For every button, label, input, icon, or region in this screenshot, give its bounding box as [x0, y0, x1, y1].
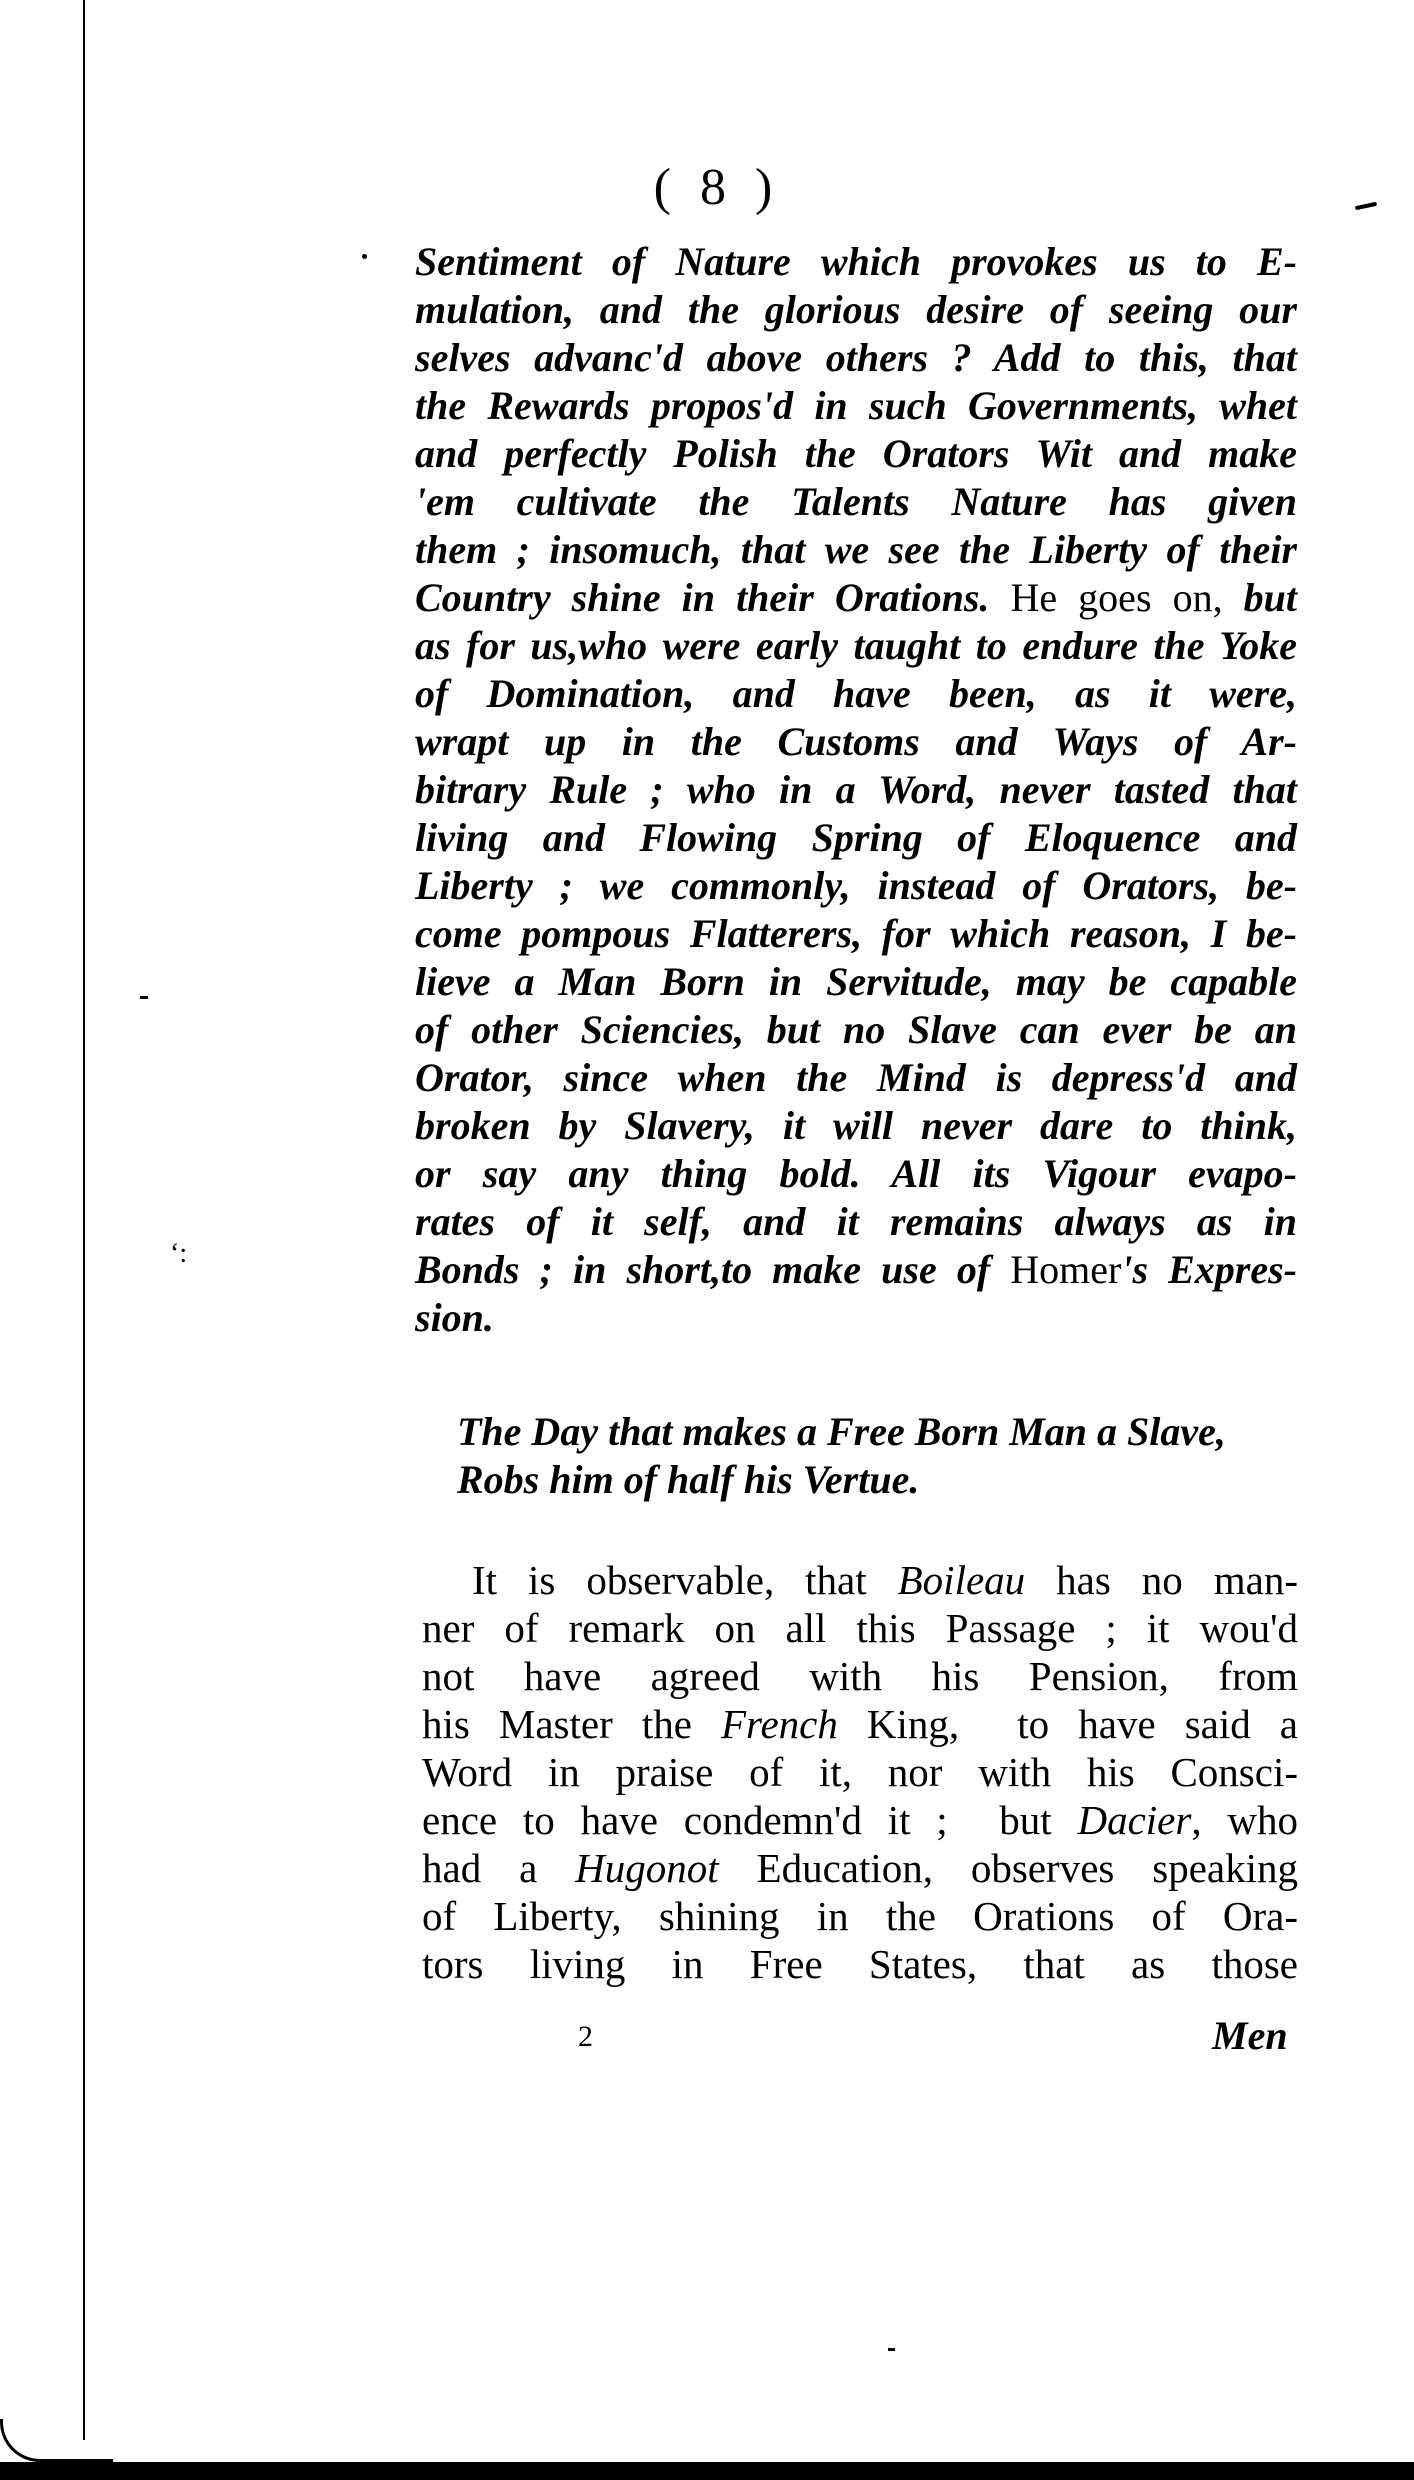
text-line: Sentiment of Nature which provokes us to… — [415, 238, 1297, 286]
text-line: wrapt up in the Customs and Ways of Ar- — [415, 718, 1297, 766]
text-line: ence to have condemn'd it ; but Dacier, … — [422, 1796, 1298, 1844]
text-line: 'em cultivate the Talents Nature has giv… — [415, 478, 1297, 526]
scan-mark — [140, 996, 148, 999]
text-line: Orator, since when the Mind is depress'd… — [415, 1054, 1297, 1102]
text-roman: Education, observes speaking — [719, 1845, 1298, 1891]
text-line: ner of remark on all this Passage ; it w… — [422, 1604, 1298, 1652]
text-roman: had a — [422, 1845, 575, 1891]
quote-line: Robs him of half his Vertue. — [457, 1456, 1317, 1504]
text-italic: but — [1244, 575, 1297, 620]
page-number: ( 8 ) — [0, 158, 1414, 217]
text-line: them ; insomuch, that we see the Liberty… — [415, 526, 1297, 574]
text-italic: 's Expres- — [1121, 1247, 1297, 1292]
text-italic-name: Boileau — [898, 1557, 1026, 1603]
text-line: lieve a Man Born in Servitude, may be ca… — [415, 958, 1297, 1006]
quote-line: The Day that makes a Free Born Man a Sla… — [457, 1408, 1317, 1456]
text-line: or say any thing bold. All its Vigour ev… — [415, 1150, 1297, 1198]
text-line: Word in praise of it, nor with his Consc… — [422, 1748, 1298, 1796]
gutter-line — [83, 0, 85, 2440]
scan-mark — [888, 2348, 895, 2351]
text-roman: It is observable, that — [472, 1557, 898, 1603]
text-line: as for us,who were early taught to endur… — [415, 622, 1297, 670]
text-italic: Country shine in their Orations. — [415, 575, 989, 620]
text-roman: his Master the — [422, 1701, 721, 1747]
text-line: of Liberty, shining in the Orations of O… — [422, 1892, 1298, 1940]
text-line: and perfectly Polish the Orators Wit and… — [415, 430, 1297, 478]
text-italic: Bonds ; in short,to make use of — [415, 1247, 1010, 1292]
text-line: selves advanc'd above others ? Add to th… — [415, 334, 1297, 382]
text-line: tors living in Free States, that as thos… — [422, 1940, 1298, 1988]
verse-quotation: The Day that makes a Free Born Man a Sla… — [457, 1408, 1317, 1504]
signature-mark: 2 — [578, 2020, 593, 2054]
text-line: living and Flowing Spring of Eloquence a… — [415, 814, 1297, 862]
text-italic-name: Dacier — [1077, 1797, 1191, 1843]
text-roman-insert: He goes on, — [989, 575, 1243, 620]
roman-paragraph: It is observable, that Boileau has no ma… — [422, 1556, 1298, 1988]
text-line: Liberty ; we commonly, instead of Orator… — [415, 862, 1297, 910]
text-line: of other Sciencies, but no Slave can eve… — [415, 1006, 1297, 1054]
catchword: Men — [1212, 2012, 1288, 2059]
scan-mark: ‘: — [170, 1238, 187, 1270]
text-line: not have agreed with his Pension, from — [422, 1652, 1298, 1700]
text-line: Country shine in their Orations. He goes… — [415, 574, 1297, 622]
text-line: come pompous Flatterers, for which reaso… — [415, 910, 1297, 958]
book-gutter-lines — [0, 0, 95, 2480]
text-roman: , who — [1191, 1797, 1298, 1843]
text-line: broken by Slavery, it will never dare to… — [415, 1102, 1297, 1150]
text-line: the Rewards propos'd in such Governments… — [415, 382, 1297, 430]
page-bottom-edge — [0, 2462, 1414, 2480]
text-roman: has no man- — [1025, 1557, 1298, 1603]
text-line: rates of it self, and it remains always … — [415, 1198, 1297, 1246]
text-roman-name: Homer — [1010, 1247, 1121, 1292]
text-italic-name: French — [721, 1701, 838, 1747]
text-line: bitrary Rule ; who in a Word, never tast… — [415, 766, 1297, 814]
text-roman: ence to have condemn'd it ; but — [422, 1797, 1077, 1843]
text-line: It is observable, that Boileau has no ma… — [422, 1556, 1298, 1604]
italic-paragraph: Sentiment of Nature which provokes us to… — [415, 238, 1297, 1342]
text-line: his Master the French King, to have said… — [422, 1700, 1298, 1748]
text-line: Bonds ; in short,to make use of Homer's … — [415, 1246, 1297, 1294]
text-line: mulation, and the glorious desire of see… — [415, 286, 1297, 334]
text-line: sion. — [415, 1294, 1297, 1342]
text-line: had a Hugonot Education, observes speaki… — [422, 1844, 1298, 1892]
text-italic-name: Hugonot — [575, 1845, 719, 1891]
text-line: of Domination, and have been, as it were… — [415, 670, 1297, 718]
scan-mark — [362, 254, 367, 259]
text-roman: King, to have said a — [838, 1701, 1298, 1747]
